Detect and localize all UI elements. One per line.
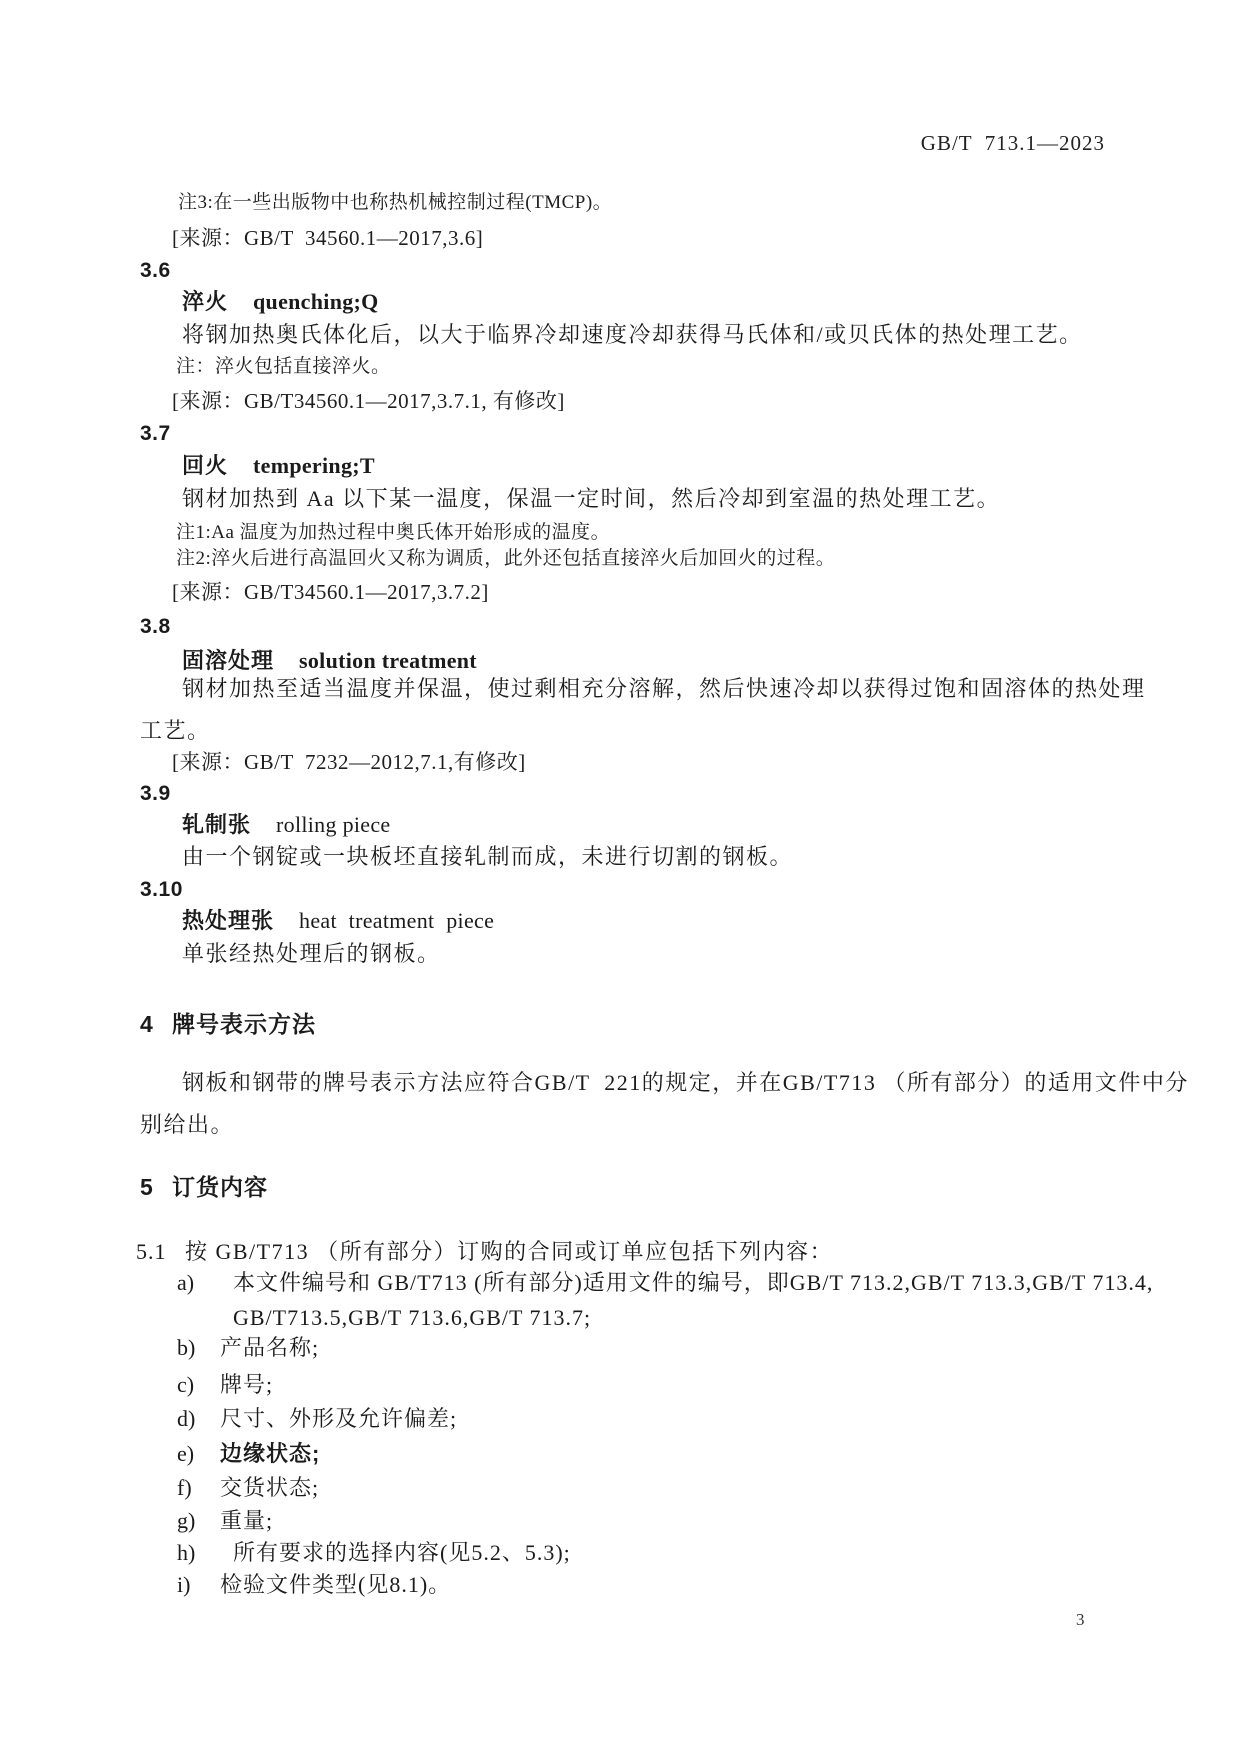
definition-line: 由一个钢锭或一块板坯直接轧制而成，未进行切割的钢板。: [182, 844, 793, 870]
list-item-letter: i): [177, 1572, 220, 1598]
source-line-3-7-2: [来源：GB/T34560.1—2017,3.7.2]: [172, 579, 489, 605]
list-item-text: 产品名称;: [220, 1335, 319, 1360]
section4-heading: 4牌号表示方法: [140, 1011, 316, 1037]
list-item-g: g)重量;: [177, 1508, 273, 1534]
term-zh: 轧制张: [182, 812, 251, 837]
clause-text: 按 GB/T713 （所有部分）订购的合同或订单应包括下列内容：: [185, 1239, 833, 1264]
list-item-text: 尺寸、外形及允许偏差;: [220, 1406, 457, 1431]
term-line-3-8: 固溶处理solution treatment: [182, 648, 477, 674]
source-line-3-6: [来源：GB/T 34560.1—2017,3.6]: [172, 225, 483, 251]
list-item-letter: b): [177, 1335, 220, 1361]
definition-line: 工艺。: [140, 718, 211, 744]
paragraph-line: 别给出。: [140, 1112, 234, 1138]
list-item-a-continuation: GB/T713.5,GB/T 713.6,GB/T 713.7;: [233, 1305, 591, 1331]
term-line-3-9: 轧制张rolling piece: [182, 812, 391, 838]
list-item-letter: e): [177, 1441, 220, 1467]
term-zh: 固溶处理: [182, 648, 274, 673]
term-en: heat treatment piece: [299, 908, 494, 933]
list-item-d: d)尺寸、外形及允许偏差;: [177, 1406, 457, 1432]
term-line-3-7: 回火tempering;T: [182, 453, 375, 479]
section-title: 订货内容: [172, 1174, 268, 1200]
list-item-letter: a): [177, 1270, 233, 1296]
definition-line: 将钢加热奥氏体化后，以大于临界冷却速度冷却获得马氏体和/或贝氏体的热处理工艺。: [182, 322, 1083, 348]
section5-heading: 5订货内容: [140, 1174, 268, 1200]
source-line-3-7-1: [来源：GB/T34560.1—2017,3.7.1, 有修改]: [172, 388, 565, 414]
term-line-3-6: 淬火quenching;Q: [182, 289, 379, 315]
clause-number-3-7: 3.7: [140, 421, 171, 447]
list-item-e: e)边缘状态;: [177, 1441, 320, 1467]
page-number: 3: [1076, 1607, 1085, 1633]
paragraph-line: 钢板和钢带的牌号表示方法应符合GB/T 221的规定，并在GB/T713 （所有…: [182, 1070, 1189, 1096]
term-line-3-10: 热处理张heat treatment piece: [182, 908, 494, 934]
clause-5-1-line: 5.1按 GB/T713 （所有部分）订购的合同或订单应包括下列内容：: [136, 1239, 833, 1265]
list-item-letter: d): [177, 1406, 220, 1432]
list-item-text: 边缘状态;: [220, 1441, 320, 1466]
clause-number-3-6: 3.6: [140, 258, 171, 284]
list-item-text: 所有要求的选择内容(见5.2、5.3);: [233, 1540, 571, 1565]
term-zh: 热处理张: [182, 908, 274, 933]
list-item-text: 交货状态;: [220, 1475, 319, 1500]
list-item-letter: h): [177, 1540, 233, 1566]
list-item-text: 本文件编号和 GB/T713 (所有部分)适用文件的编号，即GB/T 713.2…: [233, 1270, 1153, 1295]
section-number: 4: [140, 1011, 172, 1037]
term-en: rolling piece: [276, 812, 390, 837]
list-item-b: b)产品名称;: [177, 1335, 319, 1361]
clause-number-3-8: 3.8: [140, 614, 171, 640]
note3-line: 注3:在一些出版物中也称热机械控制过程(TMCP)。: [178, 190, 612, 216]
running-header: GB/T 713.1—2023: [921, 130, 1105, 156]
list-item-f: f)交货状态;: [177, 1475, 319, 1501]
definition-line: 单张经热处理后的钢板。: [182, 941, 441, 967]
term-zh: 淬火: [182, 289, 228, 314]
list-item-text: 牌号;: [220, 1372, 273, 1397]
term-en: solution treatment: [299, 648, 477, 673]
term-en: quenching;Q: [253, 289, 379, 314]
list-item-i: i)检验文件类型(见8.1)。: [177, 1572, 451, 1598]
section-number: 5: [140, 1174, 172, 1200]
note-line: 注1:Aa 温度为加热过程中奥氏体开始形成的温度。: [176, 520, 610, 546]
clause-number-3-9: 3.9: [140, 781, 171, 807]
section-title: 牌号表示方法: [172, 1011, 316, 1037]
source-line-7232: [来源：GB/T 7232—2012,7.1,有修改]: [172, 749, 526, 775]
list-item-c: c)牌号;: [177, 1372, 273, 1398]
document-page: GB/T 713.1—2023 注3:在一些出版物中也称热机械控制过程(TMCP…: [0, 0, 1240, 1750]
list-item-letter: f): [177, 1475, 220, 1501]
term-en: tempering;T: [253, 453, 375, 478]
list-item-letter: g): [177, 1508, 220, 1534]
term-zh: 回火: [182, 453, 228, 478]
list-item-text: GB/T713.5,GB/T 713.6,GB/T 713.7;: [233, 1305, 591, 1330]
list-item-a: a)本文件编号和 GB/T713 (所有部分)适用文件的编号，即GB/T 713…: [177, 1270, 1153, 1296]
definition-line: 钢材加热到 Aa 以下某一温度，保温一定时间，然后冷却到室温的热处理工艺。: [182, 486, 1000, 512]
note-line: 注2:淬火后进行高温回火又称为调质，此外还包括直接淬火后加回火的过程。: [176, 546, 835, 572]
list-item-letter: c): [177, 1372, 220, 1398]
clause-number-3-10: 3.10: [140, 877, 183, 903]
list-item-text: 检验文件类型(见8.1)。: [220, 1572, 451, 1597]
list-item-text: 重量;: [220, 1508, 273, 1533]
definition-line: 钢材加热至适当温度并保温，使过剩相充分溶解，然后快速冷却以获得过饱和固溶体的热处…: [182, 676, 1146, 702]
list-item-h: h)所有要求的选择内容(见5.2、5.3);: [177, 1540, 571, 1566]
note-line: 注：淬火包括直接淬火。: [176, 354, 391, 380]
clause-number-5-1: 5.1: [136, 1239, 185, 1265]
